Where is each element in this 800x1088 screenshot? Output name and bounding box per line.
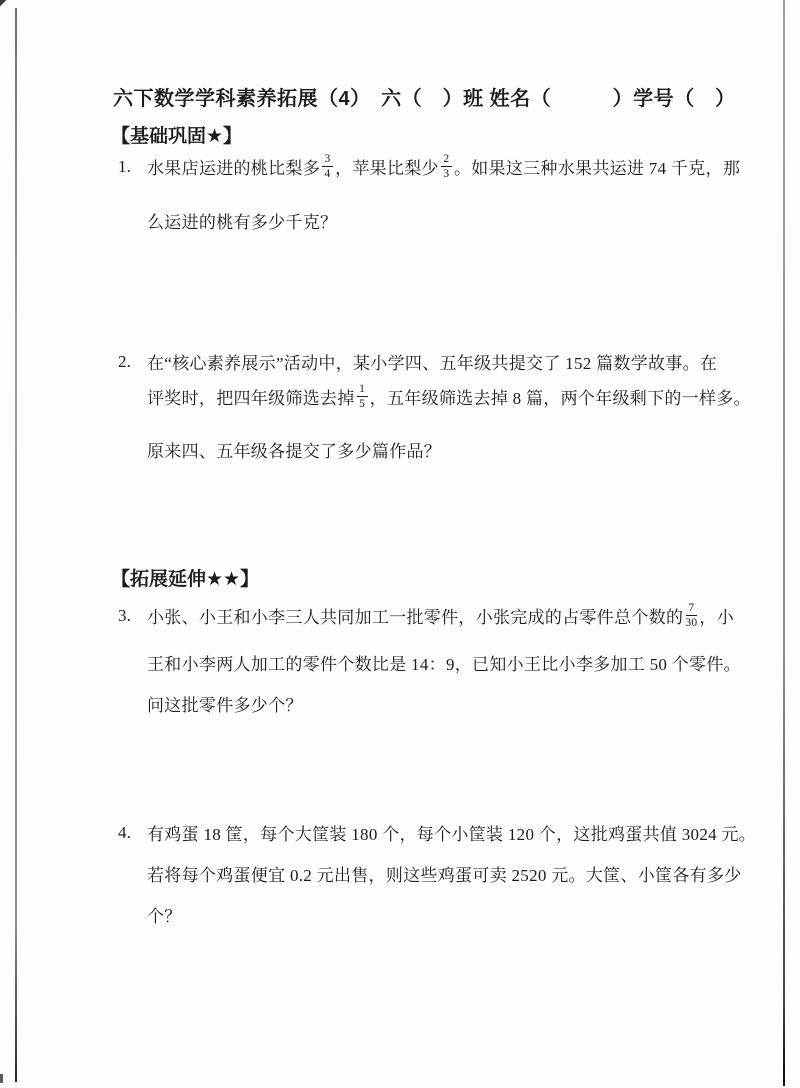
problem-4-number: 4. <box>118 823 147 843</box>
problem-1-text: ，苹果比梨少 <box>335 154 439 179</box>
fraction-denominator: 5 <box>359 397 365 410</box>
fraction-denominator: 3 <box>443 167 449 180</box>
fraction-seven-thirtieths: 7 30 <box>685 602 697 629</box>
problem-3-line-2: 王和小李两人加工的零件个数比是 14：9，已知小王比小李多加工 50 个零件。 <box>147 650 741 675</box>
section-heading-basic: 【基础巩固★】 <box>111 121 242 148</box>
problem-1-line-1: 1. 水果店运进的桃比梨多 3 4 ，苹果比梨少 2 3 。如果这三种水果共运进… <box>118 153 740 180</box>
worksheet-title: 六下数学学科素养拓展（4） 六（ ）班 姓名（ ）学号（ ） <box>113 82 736 111</box>
problem-4-line-1: 4. 有鸡蛋 18 筐，每个大筐装 180 个，每个小筐装 120 个，这批鸡蛋… <box>118 820 756 845</box>
problem-3-line-1: 3. 小张、小王和小李三人共同加工一批零件，小张完成的占零件总个数的 7 30 … <box>118 602 734 629</box>
problem-2-text: ，五年级筛选去掉 8 篇，两个年级剩下的一样多。 <box>370 384 751 409</box>
fraction-denominator: 4 <box>325 167 331 180</box>
problem-3-text: 小张、小王和小李三人共同加工一批零件，小张完成的占零件总个数的 <box>147 603 683 628</box>
problem-1-line-2: 么运进的桃有多少千克？ <box>147 208 337 233</box>
problem-4-line-2: 若将每个鸡蛋便宜 0.2 元出售，则这些鸡蛋可卖 2520 元。大筐、小筐各有多… <box>147 861 742 886</box>
problem-4-line-3: 个？ <box>147 902 182 927</box>
section-heading-extension: 【拓展延伸★★】 <box>111 564 259 591</box>
fraction-denominator: 30 <box>685 616 697 629</box>
problem-3-text: ，小 <box>699 603 734 628</box>
problem-2-line-2: 评奖时，把四年级筛选去掉 1 5 ，五年级筛选去掉 8 篇，两个年级剩下的一样多… <box>147 383 751 410</box>
problem-2-line-1: 2. 在“核心素养展示”活动中，某小学四、五年级共提交了 152 篇数学故事。在 <box>118 349 717 374</box>
problem-2-text: 在“核心素养展示”活动中，某小学四、五年级共提交了 152 篇数学故事。在 <box>147 349 717 374</box>
scan-corner-artifact <box>0 0 7 10</box>
problem-4-text: 有鸡蛋 18 筐，每个大筐装 180 个，每个小筐装 120 个，这批鸡蛋共值 … <box>147 820 756 845</box>
problem-2-number: 2. <box>118 352 147 372</box>
fraction-one-fifth: 1 5 <box>357 383 368 410</box>
worksheet-page: 六下数学学科素养拓展（4） 六（ ）班 姓名（ ）学号（ ） 【基础巩固★】 1… <box>0 0 800 1088</box>
scan-bottom-artifact <box>0 1074 3 1083</box>
fraction-numerator: 2 <box>441 153 452 167</box>
fraction-two-thirds: 2 3 <box>441 153 452 180</box>
problem-2-text: 评奖时，把四年级筛选去掉 <box>147 384 355 409</box>
scan-edge-right <box>783 0 785 1086</box>
fraction-numerator: 7 <box>686 602 697 616</box>
fraction-three-fourths: 3 4 <box>322 153 333 180</box>
problem-1-text: 。如果这三种水果共运进 74 千克，那 <box>454 154 740 179</box>
problem-1-text: 水果店运进的桃比梨多 <box>147 154 320 179</box>
problem-1-number: 1. <box>118 157 147 177</box>
scan-edge-left <box>15 8 17 1082</box>
problem-2-line-3: 原来四、五年级各提交了多少篇作品？ <box>147 437 441 462</box>
fraction-numerator: 3 <box>322 153 333 167</box>
problem-3-line-3: 问这批零件多少个？ <box>147 691 303 716</box>
fraction-numerator: 1 <box>357 383 368 397</box>
problem-3-number: 3. <box>118 606 147 626</box>
